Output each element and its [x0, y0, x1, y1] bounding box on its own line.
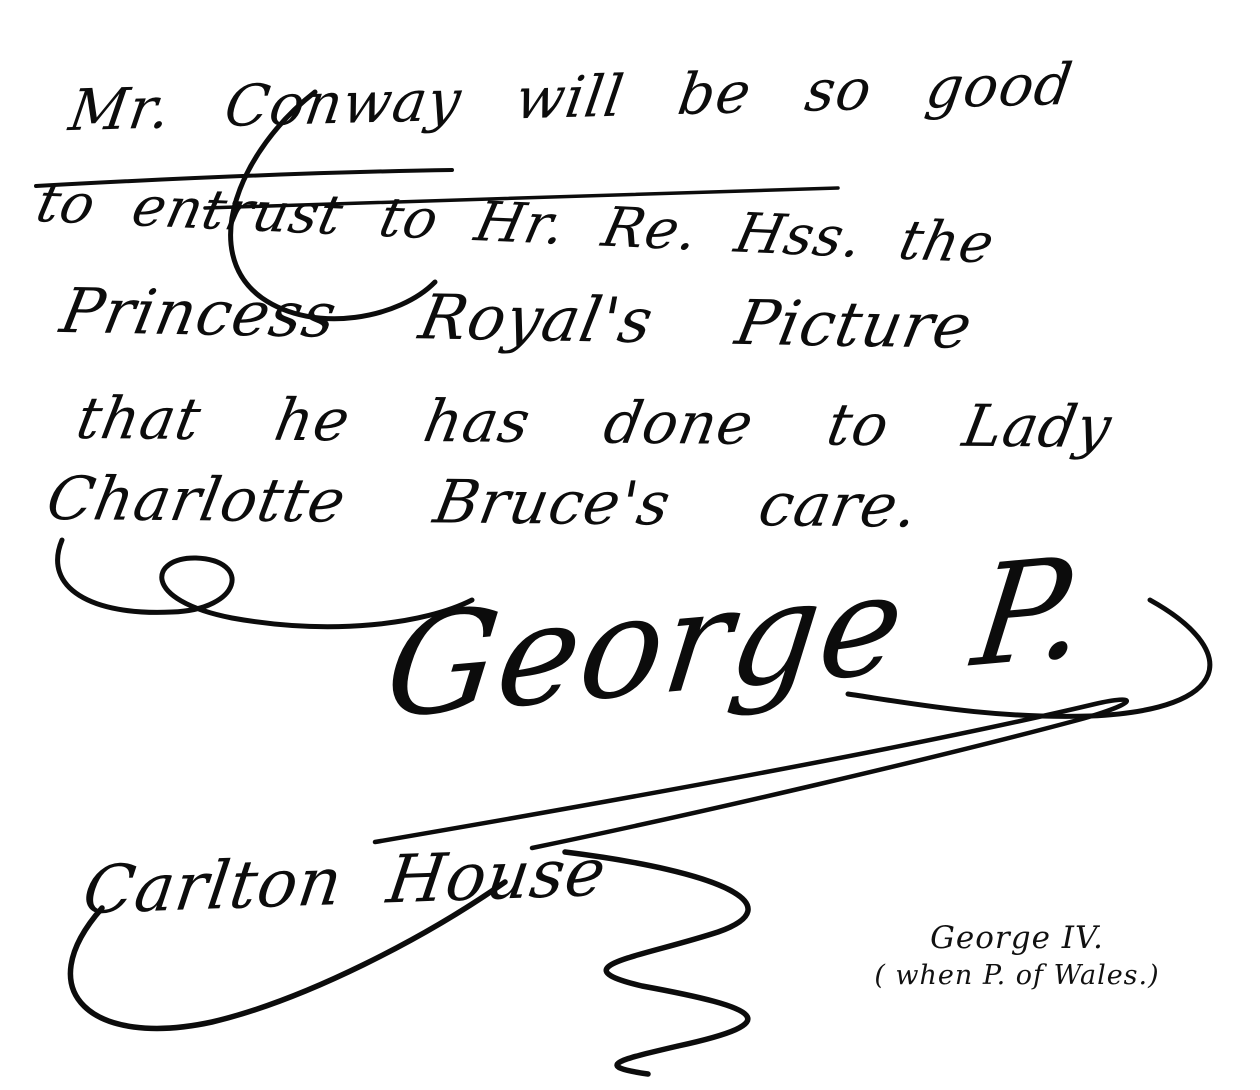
- caption-title: George IV.: [872, 920, 1162, 956]
- letter-line-5: Charlotte Bruce's care.: [42, 464, 925, 541]
- letter-line-4: that he has done to Lady: [72, 384, 1118, 461]
- caption-subtitle: ( when P. of Wales.): [872, 960, 1162, 991]
- printed-caption: George IV. ( when P. of Wales.): [872, 920, 1162, 991]
- letter-line-1: Mr. Conway will be so good: [65, 52, 1077, 145]
- letter-line-3: Princess Royal's Picture: [55, 274, 979, 363]
- letter-line-2: to entrust to Hr. Re. Hss. the: [31, 170, 1001, 275]
- place-carlton-house: Carlton House: [79, 834, 612, 930]
- signature-george-p: George P.: [378, 526, 1096, 750]
- manuscript-page: Mr. Conway will be so good to entrust to…: [0, 0, 1260, 1090]
